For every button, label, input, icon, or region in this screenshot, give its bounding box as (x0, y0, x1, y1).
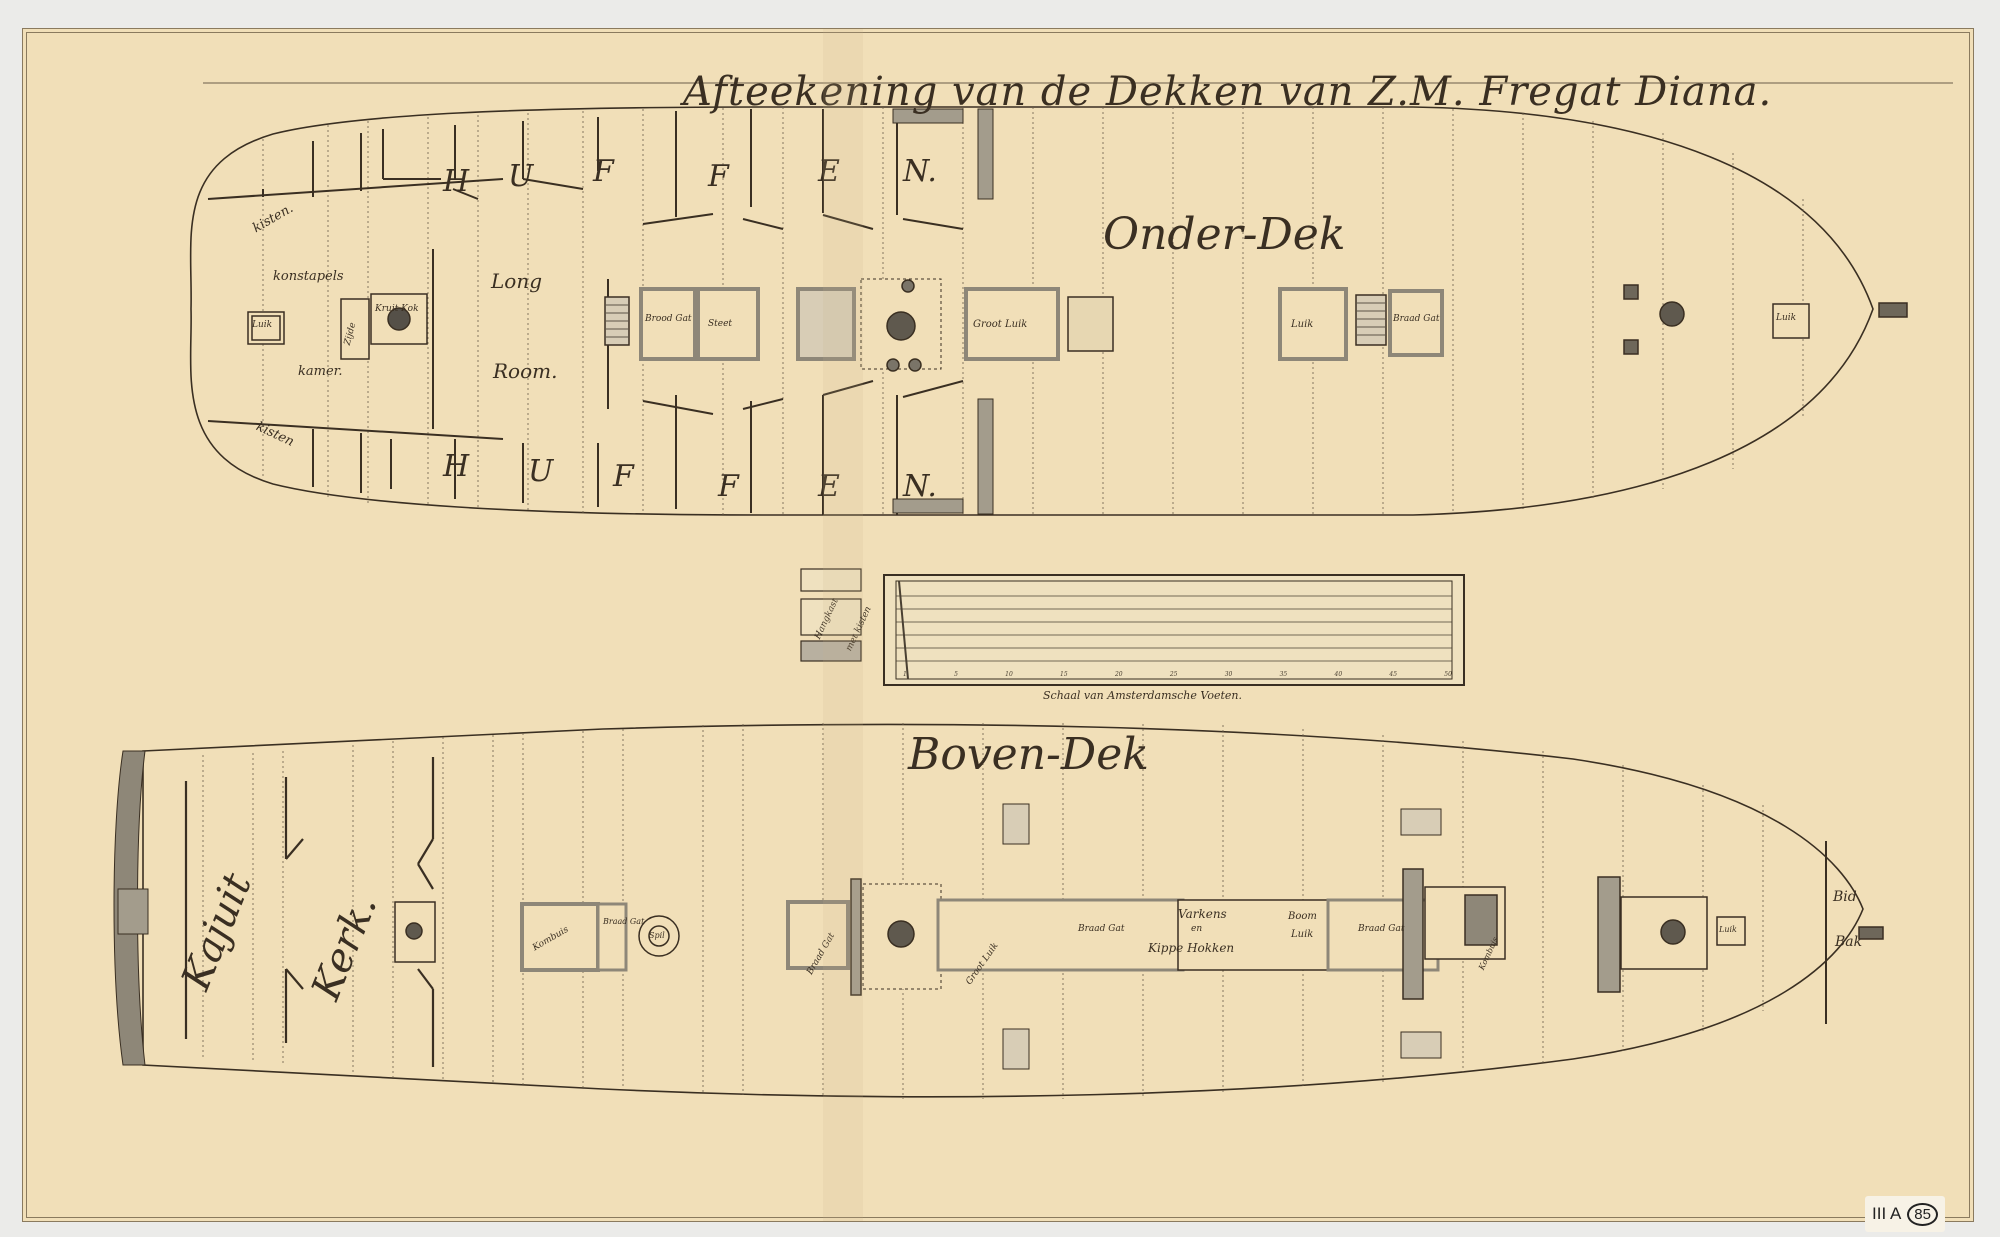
label-luik-aft: Luik (252, 320, 272, 330)
label-luik-mid: Luik (1291, 319, 1313, 330)
label-luik-upper-fwd: Luik (1719, 925, 1737, 934)
label-kamer: kamer. (298, 364, 343, 379)
document-title: Afteekening van de Dekken van Z.M. Frega… (683, 69, 1772, 115)
deck-plan-drawing (23, 29, 1973, 1221)
cabin-letter: E (818, 469, 840, 504)
label-luik-fwd: Luik (1776, 313, 1796, 323)
upper-deck-heading: Boven-Dek (908, 729, 1149, 780)
cabin-letter: F (718, 469, 739, 504)
label-konstapels: konstapels (273, 269, 344, 284)
label-varkens: Varkens (1178, 907, 1227, 921)
catalog-series: III A (1872, 1204, 1901, 1224)
label-bak: Bak (1835, 934, 1862, 950)
cabin-letter: U (508, 159, 533, 194)
cabin-letter: F (613, 459, 634, 494)
cabin-letter: N. (903, 154, 937, 189)
lower-deck-heading: Onder-Dek (1103, 209, 1346, 260)
scale-caption: Schaal van Amsterdamsche Voeten. (1043, 689, 1242, 702)
label-kruit-kok: Kruit Kok (375, 304, 419, 314)
label-kippe-hokken: Kippe Hokken (1148, 941, 1234, 955)
label-room: Room. (493, 359, 557, 383)
drawing-sheet: Afteekening van de Dekken van Z.M. Frega… (22, 28, 1974, 1222)
cabin-letter: N. (903, 469, 937, 504)
scale-ticks: 1 5 10 15 20 25 30 35 40 45 50 (903, 671, 1452, 678)
cabin-letter: H (443, 164, 469, 199)
label-braad-gat-3: Braad Gat (1358, 924, 1404, 934)
label-bid: Bid (1833, 889, 1857, 905)
label-en: en (1191, 924, 1202, 934)
catalog-label: III A 85 (1865, 1196, 1945, 1232)
label-braad-gat: Braad Gat (1393, 314, 1439, 324)
label-braad-gat-2: Braad Gat (1078, 924, 1124, 934)
cabin-letter: F (593, 154, 614, 189)
cabin-letter: U (528, 454, 553, 489)
catalog-number: 85 (1907, 1203, 1938, 1226)
label-groot-luik: Groot Luik (973, 319, 1027, 330)
label-boom-luik: Luik (1291, 929, 1313, 940)
label-boom: Boom (1288, 911, 1317, 922)
label-braad-gat-aft: Braad Gat (603, 917, 644, 926)
cabin-letter: F (708, 159, 729, 194)
label-steet: Steet (708, 319, 732, 329)
cabin-letter: H (443, 449, 469, 484)
label-spil: Spil (649, 931, 665, 940)
label-brood-gat: Brood Gat (645, 314, 692, 324)
label-long: Long (491, 269, 542, 293)
cabin-letter: E (818, 154, 840, 189)
